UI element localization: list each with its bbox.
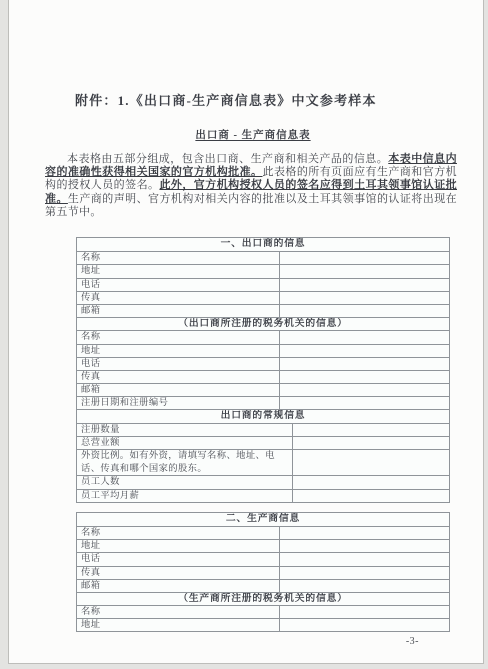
table-row: 总营业额 [77,436,449,449]
field-value [280,292,449,304]
table-row: 名称 [77,526,449,539]
field-label: 注册日期和注册编号 [77,397,280,409]
table-row: 邮箱 [77,383,449,396]
table-row: 员工人数 [77,475,449,488]
field-value [280,619,449,631]
field-value [280,527,449,539]
document-page: 附件：1.《出口商-生产商信息表》中文参考样本 出口商 - 生产商信息表 本表格… [8,0,484,664]
table-row: 传真 [77,370,449,383]
field-value [280,331,449,343]
table-row: 员工平均月薪 [77,489,449,502]
form-title-row: 出口商 - 生产商信息表 [9,125,483,143]
table-section-header: （出口商所注册的税务机关的信息） [77,317,449,330]
field-label: 名称 [77,527,280,539]
producer-info-table: 二、生产商信息名称地址电话传真邮箱（生产商所注册的税务机关的信息）名称地址 [76,512,450,633]
field-value [293,490,449,502]
field-value [280,580,449,592]
field-value [280,371,449,383]
table-row: 名称 [77,605,449,618]
field-label: 邮箱 [77,305,280,317]
field-value [280,540,449,552]
table-row: 地址 [77,618,449,631]
document-viewport: 附件：1.《出口商-生产商信息表》中文参考样本 出口商 - 生产商信息表 本表格… [0,0,488,669]
field-label: 总营业额 [77,437,293,449]
table-row: 传真 [77,291,449,304]
field-label: 地址 [77,265,280,277]
field-value [280,252,449,264]
table-section-header: 一、出口商的信息 [77,238,449,251]
field-label: 传真 [77,567,280,579]
field-label: 邮箱 [77,384,280,396]
table-row: 电话 [77,278,449,291]
field-value [293,424,449,436]
field-value [280,606,449,618]
field-value [280,345,449,357]
field-value [280,567,449,579]
table-row: 传真 [77,566,449,579]
table-row: 邮箱 [77,579,449,592]
field-value [280,397,449,409]
field-label: 电话 [77,279,280,291]
table-row: 地址 [77,539,449,552]
field-label: 传真 [77,371,280,383]
exporter-info-table: 一、出口商的信息名称地址电话传真邮箱（出口商所注册的税务机关的信息）名称地址电话… [76,237,450,503]
page-number: -3- [9,636,483,647]
field-label: 电话 [77,358,280,370]
table-row: 名称 [77,251,449,264]
table-row: 注册日期和注册编号 [77,396,449,409]
field-value [280,553,449,565]
table-row: 地址 [77,264,449,277]
field-label: 传真 [77,292,280,304]
field-value [293,476,449,488]
field-label: 外资比例。如有外资，请填写名称、地址、电话、传真和哪个国家的股东。 [77,450,293,475]
field-label: 邮箱 [77,580,280,592]
table-row: 注册数量 [77,423,449,436]
field-value [280,384,449,396]
field-label: 地址 [77,540,280,552]
intro-text-segment: 生产商的声明、官方机构对相关内容的批准以及土耳其领事馆的认证将出现在第五节中。 [45,193,457,218]
field-value [280,305,449,317]
attachment-title: 附件：1.《出口商-生产商信息表》中文参考样本 [75,90,483,109]
table-section-header: 出口商的常规信息 [77,409,449,422]
field-value [293,437,449,449]
intro-paragraph: 本表格由五部分组成，包含出口商、生产商和相关产品的信息。本表中信息内容的准确性获… [45,153,457,219]
field-label: 地址 [77,619,280,631]
field-label: 员工平均月薪 [77,490,293,502]
field-label: 注册数量 [77,424,293,436]
table-row: 外资比例。如有外资，请填写名称、地址、电话、传真和哪个国家的股东。 [77,449,449,475]
table-row: 电话 [77,357,449,370]
field-label: 名称 [77,252,280,264]
field-label: 员工人数 [77,476,293,488]
table-section-header: 二、生产商信息 [77,513,449,526]
field-label: 电话 [77,553,280,565]
table-row: 邮箱 [77,304,449,317]
table-row: 地址 [77,344,449,357]
table-row: 电话 [77,552,449,565]
table-row: 名称 [77,330,449,343]
field-label: 名称 [77,606,280,618]
field-label: 名称 [77,331,280,343]
intro-text-segment: 本表格由五部分组成，包含出口商、生产商和相关产品的信息。 [67,153,388,165]
field-value [280,358,449,370]
form-title: 出口商 - 生产商信息表 [195,127,310,142]
table-section-header: （生产商所注册的税务机关的信息） [77,592,449,605]
field-value [280,279,449,291]
field-label: 地址 [77,345,280,357]
field-value [280,265,449,277]
field-value [293,450,449,475]
